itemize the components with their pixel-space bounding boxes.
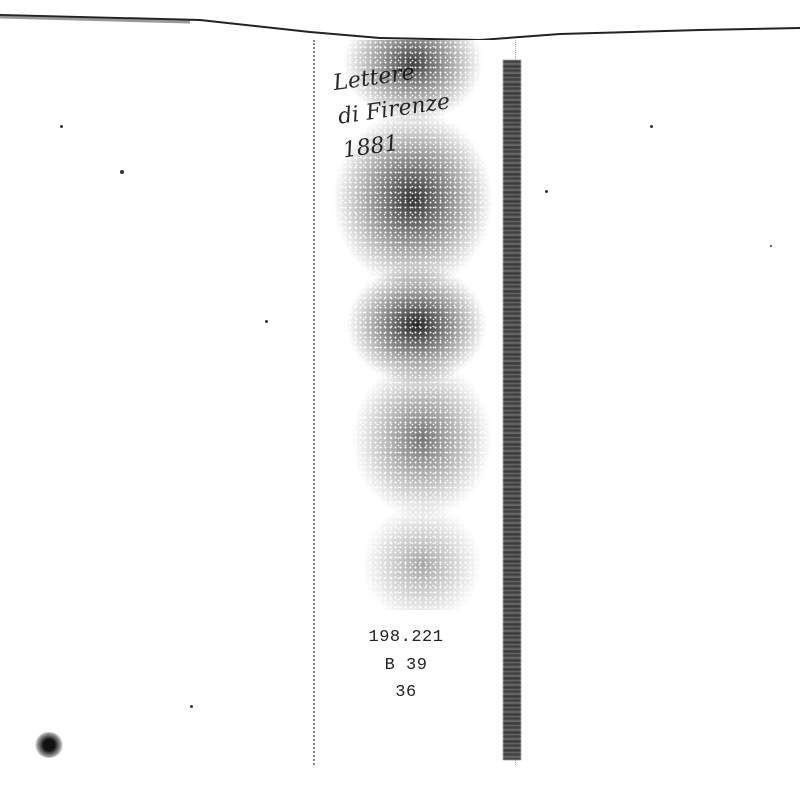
speck <box>120 170 124 174</box>
book-spine: Lettere di Firenze 1881 198.221 B 39 36 <box>313 40 523 765</box>
speck <box>190 705 193 708</box>
speck <box>265 320 268 323</box>
spine-edge-band <box>503 60 521 760</box>
speck <box>60 125 63 128</box>
call-number-label: 198.221 B 39 36 <box>361 610 451 720</box>
handwritten-title: Lettere di Firenze 1881 <box>331 44 515 177</box>
call-number-cutter: B 39 <box>361 656 451 675</box>
scanned-page: Lettere di Firenze 1881 198.221 B 39 36 <box>0 0 800 800</box>
speck <box>545 190 548 193</box>
speck <box>650 125 653 128</box>
ink-smudge <box>35 732 63 758</box>
speck <box>770 245 772 247</box>
page-top-edge <box>0 10 800 40</box>
call-number-volume: 36 <box>361 683 451 702</box>
call-number-class: 198.221 <box>361 628 451 647</box>
